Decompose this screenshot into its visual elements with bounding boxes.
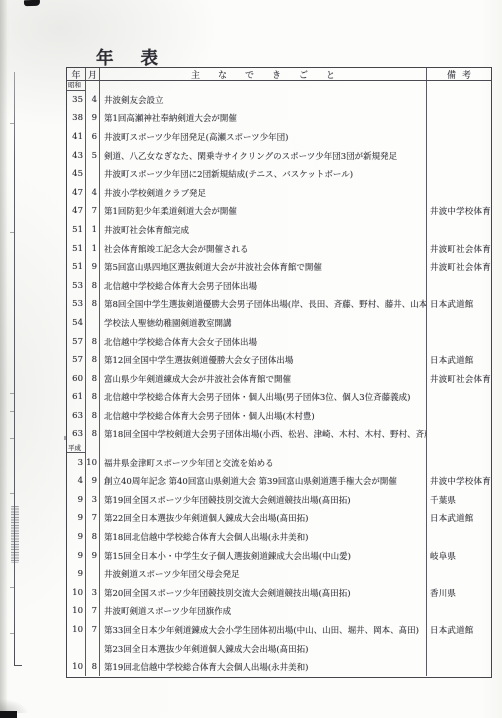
table-row: 416井波町スポーツ少年団発足(高瀬スポーツ少年団) [67, 128, 491, 147]
event-cell: 第12回全国中学生選抜剣道優勝大会女子団体出場 [100, 351, 427, 370]
margin-annotation-smudge [11, 506, 19, 563]
month-cell: 8 [86, 528, 100, 547]
remark-cell [427, 332, 491, 351]
era-month-cell [86, 444, 100, 454]
year-cell: 9 [67, 546, 86, 565]
year-cell: 10 [67, 658, 86, 677]
year-cell: 9 [67, 565, 86, 584]
remark-cell [427, 453, 491, 472]
event-cell: 第18回北信越中学校総合体育大会個人出場(永井美和) [100, 528, 427, 547]
year-cell: 51 [67, 258, 86, 277]
remark-cell: 井波町社会体育館 [427, 258, 491, 277]
month-cell: 8 [86, 332, 100, 351]
table-row: 638第18回全国中学校剣道大会男子団体出場(小西、松岩、津崎、木村、木村、野村… [67, 425, 491, 444]
year-cell: 35 [67, 91, 86, 110]
event-cell: 創立40周年記念 第40回富山県剣道大会 第39回富山県剣道選手権大会が開催 [100, 472, 427, 491]
month-cell: 3 [86, 490, 100, 509]
era-remark-cell [427, 444, 491, 454]
page-title: 年表 [96, 45, 185, 67]
table-row: 108第19回北信越中学校総合体育大会個人出場(永井美和) [67, 658, 491, 677]
event-cell: 第1回高瀬神社奉納剣道大会が開催 [100, 109, 427, 128]
event-cell: 北信越中学校総合体育大会女子団体出場 [100, 332, 427, 351]
year-cell: 10 [67, 602, 86, 621]
remark-cell: 井波中学校体育館 [427, 202, 491, 221]
remark-cell [427, 528, 491, 547]
table-row: 310福井県金津町スポーツ少年団と交流を始める [67, 453, 491, 472]
table-row: 578第12回全国中学生選抜剣道優勝大会女子団体出場日本武道館 [67, 351, 491, 370]
year-cell: 3 [67, 453, 86, 472]
remark-cell [427, 128, 491, 147]
table-row: 538第8回全国中学生選抜剣道優勝大会男子団体出場(岸、長田、斉藤、野村、藤井、… [67, 295, 491, 314]
event-cell: 剣道、八乙女なぎなた、閑乗寺サイクリングのスポーツ少年団3団が新規発足 [100, 146, 427, 165]
month-cell: 9 [86, 109, 100, 128]
fold-tick [10, 438, 14, 439]
month-cell: 8 [86, 407, 100, 426]
remark-cell [427, 388, 491, 407]
remark-cell: 日本武道館 [427, 351, 491, 370]
month-cell: 8 [86, 425, 100, 444]
event-cell: 学校法人聖徳幼稚園剣道教室開講 [100, 314, 427, 333]
remark-cell: 井波町社会体育館 [427, 239, 491, 258]
table-row: 45井波町スポーツ少年団に2団新規結成(テニス、バスケットボール) [67, 165, 491, 184]
table-row: 435剣道、八乙女なぎなた、閑乗寺サイクリングのスポーツ少年団3団が新規発足 [67, 146, 491, 165]
fold-tick [10, 411, 14, 412]
event-cell: 第15回全日本小・中学生女子個人選抜剣道錬成大会出場(中山愛) [100, 546, 427, 565]
era-event-cell [100, 444, 427, 454]
remark-cell [427, 658, 491, 677]
event-cell: 井波小学校剣道クラブ発足 [100, 183, 427, 202]
event-cell: 第23回全日本選抜少年剣道個人錬成大会出場(髙田拓) [100, 639, 427, 658]
table-row: 99第15回全日本小・中学生女子個人選抜剣道錬成大会出場(中山愛)岐阜県 [67, 546, 491, 565]
event-cell: 井波町剣道スポーツ少年団旗作成 [100, 602, 427, 621]
event-cell: 第19回全国スポーツ少年団競技別交流大会剣道競技出場(髙田拓) [100, 490, 427, 509]
table-row: 511井波町社会体育館完成 [67, 221, 491, 240]
table-row: 389第1回高瀬神社奉納剣道大会が開催 [67, 109, 491, 128]
event-cell: 北信越中学校総合体育大会男子団体・個人出場(木村豊) [100, 407, 427, 426]
remark-cell [427, 276, 491, 295]
remark-cell [427, 109, 491, 128]
table-row: 49創立40周年記念 第40回富山県剣道大会 第39回富山県剣道選手権大会が開催… [67, 472, 491, 491]
remark-cell: 千葉県 [427, 490, 491, 509]
event-cell: 井波剣友会設立 [100, 91, 427, 110]
table-row: 93第19回全国スポーツ少年団競技別交流大会剣道競技出場(髙田拓)千葉県 [67, 490, 491, 509]
remark-cell: 香川県 [427, 583, 491, 602]
month-cell: 9 [86, 546, 100, 565]
year-cell: 47 [67, 183, 86, 202]
remark-cell [427, 183, 491, 202]
remark-cell [427, 639, 491, 658]
remark-cell: 井波町社会体育館 [427, 369, 491, 388]
remark-cell: 日本武道館 [427, 509, 491, 528]
table-row: 538北信越中学校総合体育大会男子団体出場 [67, 276, 491, 295]
event-cell: 社会体育館竣工記念大会が開催される [100, 239, 427, 258]
event-cell: 福井県金津町スポーツ少年団と交流を始める [100, 453, 427, 472]
month-cell: 7 [86, 509, 100, 528]
table-row: 519第5回富山県四地区選抜剣道大会が井波社会体育館で開催井波町社会体育館 [67, 258, 491, 277]
table-row: 107第33回全日本少年剣道錬成大会小学生団体初出場(中山、山田、堀井、岡本、髙… [67, 621, 491, 640]
fold-tick [10, 393, 14, 394]
era-remark-cell [427, 81, 491, 91]
year-cell: 38 [67, 109, 86, 128]
month-cell [86, 639, 100, 658]
scan-bottom-corner-mark [0, 711, 17, 718]
table-row: 54学校法人聖徳幼稚園剣道教室開講 [67, 314, 491, 333]
remark-cell [427, 314, 491, 333]
month-cell: 8 [86, 369, 100, 388]
era-label: 平成 [67, 444, 86, 454]
remark-cell [427, 602, 491, 621]
event-cell: 富山県少年剣道練成大会が井波社会体育館で開催 [100, 369, 427, 388]
month-cell: 8 [86, 276, 100, 295]
table-row: 98第18回北信越中学校総合体育大会個人出場(永井美和) [67, 528, 491, 547]
table-row: 103第20回全国スポーツ少年団競技別交流大会剣道競技出場(髙田拓)香川県 [67, 583, 491, 602]
month-cell: 8 [86, 658, 100, 677]
year-cell: 41 [67, 128, 86, 147]
year-cell: 60 [67, 369, 86, 388]
year-cell: 63 [67, 425, 86, 444]
era-row: 昭和 [67, 81, 491, 91]
event-cell: 第20回全国スポーツ少年団競技別交流大会剣道競技出場(髙田拓) [100, 583, 427, 602]
year-cell: 53 [67, 276, 86, 295]
table-row: 477第1回防犯少年柔道剣道大会が開催井波中学校体育館 [67, 202, 491, 221]
remark-cell [427, 91, 491, 110]
event-cell: 第18回全国中学校剣道大会男子団体出場(小西、松岩、津崎、木村、木村、野村、斉藤… [100, 425, 427, 444]
year-cell: 45 [67, 165, 86, 184]
year-cell: 54 [67, 314, 86, 333]
month-cell: 6 [86, 128, 100, 147]
fold-tick [10, 493, 14, 494]
fold-tick [10, 633, 14, 634]
remark-cell [427, 407, 491, 426]
year-cell: 53 [67, 295, 86, 314]
year-cell: 57 [67, 351, 86, 370]
month-cell: 10 [86, 453, 100, 472]
month-cell: 5 [86, 146, 100, 165]
year-cell: 9 [67, 490, 86, 509]
event-cell: 井波剣道スポーツ少年団父母会発足 [100, 565, 427, 584]
remark-cell: 井波中学校体育館 [427, 472, 491, 491]
table-row: 618北信越中学校総合体育大会男子団体・個人出場(男子団体3位、個人3位斉藤義成… [67, 388, 491, 407]
fold-tick [10, 123, 14, 124]
event-cell: 第33回全日本少年剣道錬成大会小学生団体初出場(中山、山田、堀井、岡本、髙田) [100, 621, 427, 640]
header-month: 月 [86, 68, 100, 80]
event-cell: 北信越中学校総合体育大会男子団体・個人出場(男子団体3位、個人3位斉藤義成) [100, 388, 427, 407]
month-cell: 1 [86, 221, 100, 240]
header-remarks: 備考 [427, 68, 491, 80]
remark-cell [427, 565, 491, 584]
table-row: 97第22回全日本選抜少年剣道個人錬成大会出場(髙田拓)日本武道館 [67, 509, 491, 528]
year-cell [67, 639, 86, 658]
event-cell: 第8回全国中学生選抜剣道優勝大会男子団体出場(岸、長田、斉藤、野村、藤井、山本) [100, 295, 427, 314]
month-cell: 8 [86, 388, 100, 407]
era-month-cell [86, 81, 100, 91]
year-cell: 61 [67, 388, 86, 407]
event-cell: 北信越中学校総合体育大会男子団体出場 [100, 276, 427, 295]
remark-cell [427, 146, 491, 165]
month-cell: 9 [86, 258, 100, 277]
table-row: 9井波剣道スポーツ少年団父母会発足 [67, 565, 491, 584]
scanned-page: 年表 年 月 主なできごと 備考 昭和354井波剣友会設立389第1回高瀬神社奉… [0, 0, 502, 718]
year-cell: 9 [67, 509, 86, 528]
event-cell: 第22回全日本選抜少年剣道個人錬成大会出場(髙田拓) [100, 509, 427, 528]
month-cell: 4 [86, 183, 100, 202]
month-cell [86, 314, 100, 333]
table-row: 354井波剣友会設立 [67, 91, 491, 110]
remark-cell: 日本武道館 [427, 621, 491, 640]
era-row: 平成 [67, 444, 491, 454]
remark-cell: 日本武道館 [427, 295, 491, 314]
event-cell: 第5回富山県四地区選抜剣道大会が井波社会体育館で開催 [100, 258, 427, 277]
year-cell: 10 [67, 621, 86, 640]
year-cell: 10 [67, 583, 86, 602]
month-cell: 8 [86, 295, 100, 314]
table-row: 638北信越中学校総合体育大会男子団体・個人出場(木村豊) [67, 407, 491, 426]
remark-cell [427, 165, 491, 184]
month-cell [86, 565, 100, 584]
event-cell: 井波町スポーツ少年団に2団新規結成(テニス、バスケットボール) [100, 165, 427, 184]
header-events: 主なできごと [100, 68, 427, 80]
page-fold-line [14, 72, 15, 665]
event-cell: 井波町スポーツ少年団発足(高瀬スポーツ少年団) [100, 128, 427, 147]
era-label: 昭和 [67, 81, 86, 91]
year-cell: 4 [67, 472, 86, 491]
table-header-row: 年 月 主なできごと 備考 [67, 68, 491, 81]
month-cell: 7 [86, 602, 100, 621]
month-cell: 3 [86, 583, 100, 602]
month-cell: 7 [86, 202, 100, 221]
year-cell: 9 [67, 528, 86, 547]
table-row: 第23回全日本選抜少年剣道個人錬成大会出場(髙田拓) [67, 639, 491, 658]
remark-cell: 岐阜県 [427, 546, 491, 565]
year-cell: 43 [67, 146, 86, 165]
fold-tick [10, 587, 14, 588]
month-cell: 9 [86, 472, 100, 491]
month-cell: 4 [86, 91, 100, 110]
table-row: 474井波小学校剣道クラブ発足 [67, 183, 491, 202]
fold-tick [10, 232, 14, 233]
table-body: 昭和354井波剣友会設立389第1回高瀬神社奉納剣道大会が開催416井波町スポー… [67, 81, 491, 676]
scan-left-edge-shade [0, 0, 7, 718]
table-row: 608富山県少年剣道練成大会が井波社会体育館で開催井波町社会体育館 [67, 369, 491, 388]
table-row: 511社会体育館竣工記念大会が開催される井波町社会体育館 [67, 239, 491, 258]
era-event-cell [100, 81, 427, 91]
table-row: 107井波町剣道スポーツ少年団旗作成 [67, 602, 491, 621]
event-cell: 第19回北信越中学校総合体育大会個人出場(永井美和) [100, 658, 427, 677]
scan-top-edge-mark [24, 0, 40, 6]
year-cell: 57 [67, 332, 86, 351]
event-cell: 井波町社会体育館完成 [100, 221, 427, 240]
month-cell: 7 [86, 621, 100, 640]
header-year: 年 [67, 68, 86, 80]
table-row: 578北信越中学校総合体育大会女子団体出場 [67, 332, 491, 351]
month-cell [86, 165, 100, 184]
event-cell: 第1回防犯少年柔道剣道大会が開催 [100, 202, 427, 221]
remark-cell [427, 425, 491, 444]
month-cell: 8 [86, 351, 100, 370]
chronology-table: 年 月 主なできごと 備考 昭和354井波剣友会設立389第1回高瀬神社奉納剣道… [66, 67, 492, 678]
year-cell: 63 [67, 407, 86, 426]
page-fold-line-foot [14, 665, 22, 666]
year-cell: 51 [67, 239, 86, 258]
month-cell: 1 [86, 239, 100, 258]
year-cell: 47 [67, 202, 86, 221]
remark-cell [427, 221, 491, 240]
year-cell: 51 [67, 221, 86, 240]
